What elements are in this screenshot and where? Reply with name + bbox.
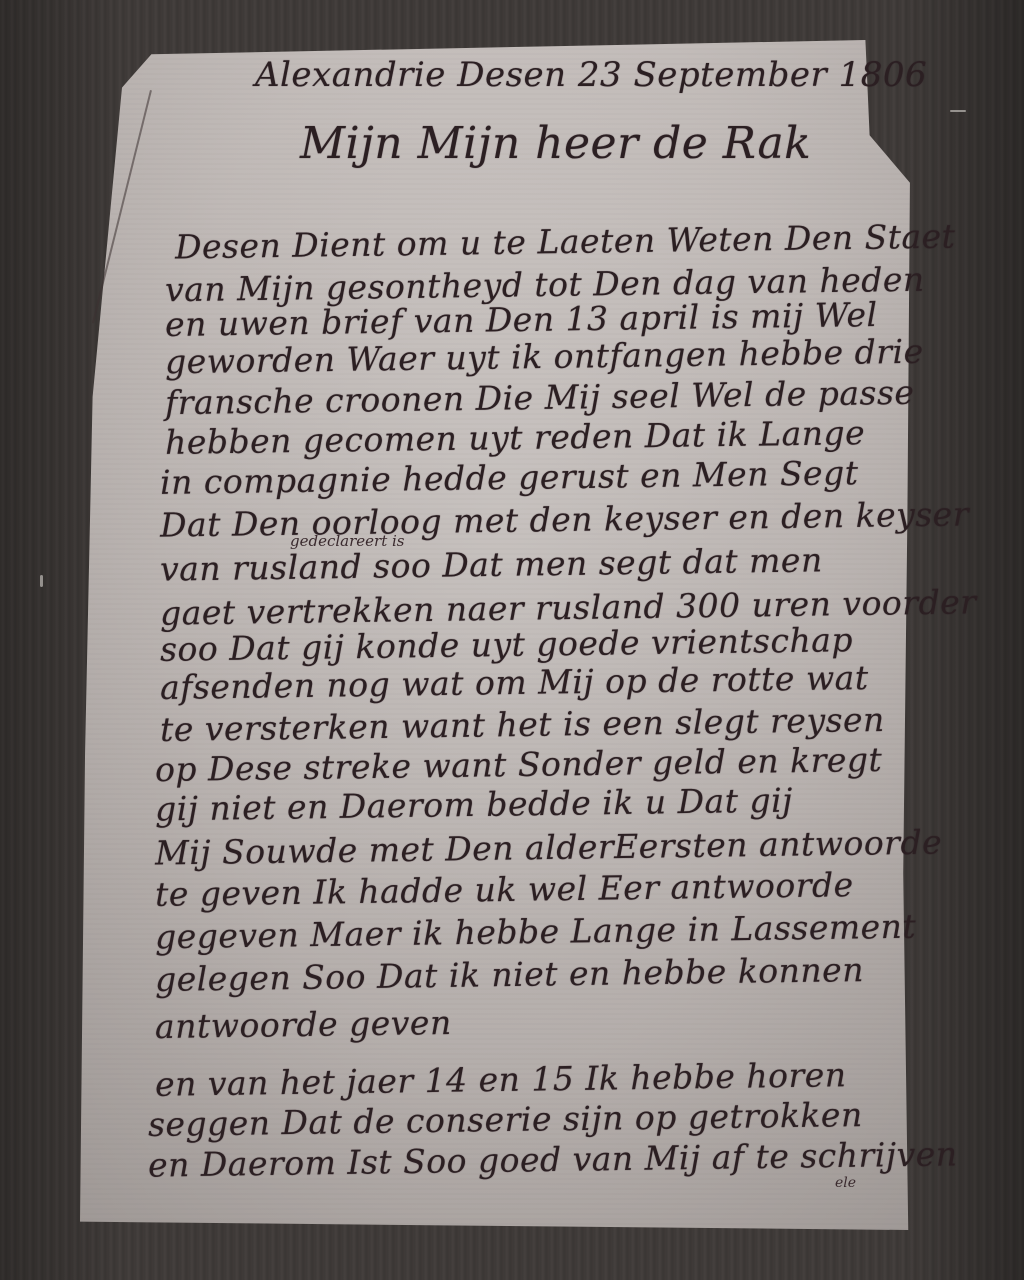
- backdrop-scratch: [40, 575, 43, 587]
- letter-date-line: Alexandrie Desen 23 September 1806: [255, 55, 927, 95]
- letter-line: antwoorde geven: [155, 1003, 452, 1046]
- line-continuation-fragment: ele: [835, 1175, 856, 1191]
- backdrop-scratch: [950, 110, 966, 112]
- letter-salutation: Mijn Mijn heer de Rak: [300, 118, 811, 169]
